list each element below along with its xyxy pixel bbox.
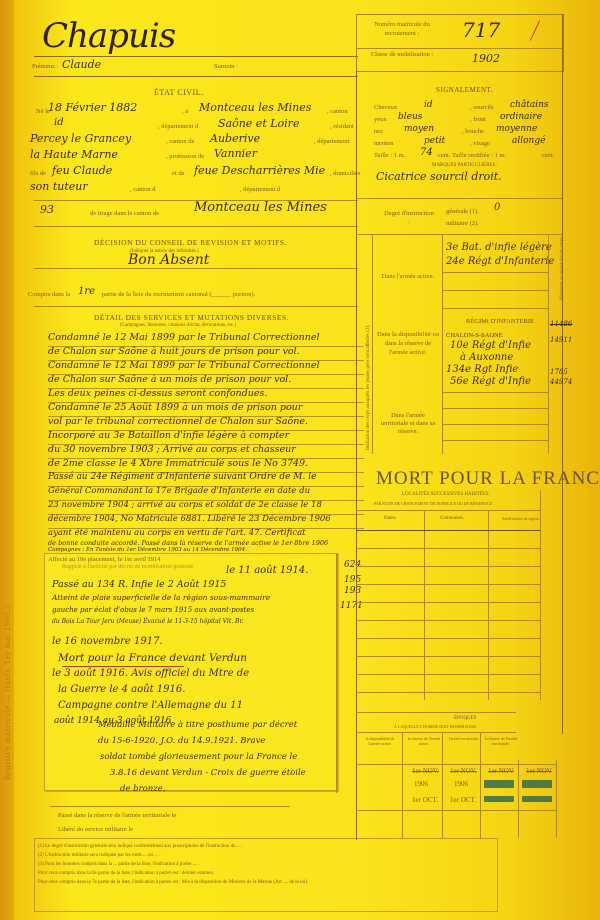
menton-label: menton (374, 140, 394, 147)
affectation-line: Campagne contre l'Allemagne du 11 (58, 700, 243, 711)
spine-label: Registre matricule — (Instr. 1er mai 190… (4, 605, 12, 780)
tirage-canton: Montceau les Mines (194, 200, 327, 215)
classe-value: 1902 (472, 52, 500, 65)
rule (442, 272, 548, 273)
detail-line: vol par le tribunal correctionnel de Cha… (48, 416, 308, 427)
localites-col-communes: Communes. (440, 516, 464, 521)
rule (356, 656, 540, 657)
column-rule (488, 510, 489, 700)
visage-label: , visage (470, 140, 490, 147)
compris-suffix: partie de la liste du recrutement canton… (102, 291, 255, 298)
rule (356, 566, 540, 567)
detail-line: de bonne conduite accordé. Passé dans la… (48, 539, 328, 547)
disponibilite-corps: 134e Rgt Infie (446, 364, 518, 375)
etat-civil-title: ÉTAT CIVIL. (154, 88, 204, 97)
strike-line (356, 530, 540, 531)
epoque-cell: 1er NOV (488, 767, 514, 775)
affectation-line: la Guerre le 4 août 1916. (58, 684, 185, 695)
territoriale-label: Dans l'armée territoriale et dans sa rés… (378, 412, 438, 436)
affectation-line: le 3 août 1916. Avis officiel du Mtre de (52, 668, 249, 679)
detail-line: décembre 1904, No Matricule 6881. Libéré… (48, 514, 331, 524)
detail-line: Condamné le 25 Août 1899 à un mois de pr… (48, 402, 302, 413)
domicilies-value: son tuteur (30, 180, 88, 193)
rule (356, 548, 540, 549)
marques-label: MARQUES PARTICULIÈRES : (432, 163, 498, 168)
yeux-value: bleus (398, 112, 422, 122)
ink-blot (484, 780, 514, 788)
canton2-value: Auberive (210, 132, 260, 145)
detail-line: ayant été maintenu au corps en vertu de … (48, 528, 306, 538)
surnom-label: Surnom : (214, 63, 238, 70)
margin-number: 624 (344, 560, 361, 570)
column-rule (442, 234, 443, 454)
disponibilite-stamp: CHALON-S-SAONE (446, 332, 503, 339)
divider (356, 198, 562, 199)
surname: Chapuis (42, 16, 175, 56)
tirage-number: 93 (40, 203, 54, 216)
register-page: Chapuis Prénoms : Claude Surnom : Numéro… (14, 0, 600, 920)
departement2-label: , département (314, 138, 349, 145)
bouche-label: , bouche (462, 128, 484, 135)
disponibilite-corps: à Auxonne (460, 352, 513, 363)
epoque-cell: 1906 (454, 780, 468, 788)
column-rule (442, 732, 443, 838)
ink-blot (522, 780, 552, 788)
taille-value: 74 (420, 147, 433, 158)
repertoire-number: 44974 (550, 378, 572, 386)
divider (34, 56, 358, 57)
rule (442, 424, 548, 425)
regiment-stamp: RÉGIMt D'INFANTERIE (466, 318, 534, 325)
decision-title: DÉCISION DU CONSEIL DE REVISION ET MOTIF… (94, 238, 287, 247)
rule (356, 584, 540, 585)
a-label: , à (182, 108, 188, 115)
profession-value: Vannier (214, 147, 257, 160)
matricule-value: 717 (462, 18, 500, 42)
localites-col-dates: Dates. (384, 516, 397, 521)
fils-value: feu Claude (52, 164, 112, 177)
divider (34, 268, 358, 269)
detail-line: Les deux peines ci-dessus seront confond… (48, 388, 267, 399)
rule (356, 638, 540, 639)
margin-rule (336, 553, 337, 793)
column-rule (356, 70, 357, 840)
detail-line: de 2me classe le 4 Xbre Immatriculé sous… (48, 458, 308, 469)
epoque-cell: 1er NOV (526, 767, 552, 775)
localites-title: LOCALITÉS SUCCESSIVES HABITÉES (402, 492, 489, 497)
mere-label: et de (172, 170, 184, 177)
yeux-label: yeux (374, 116, 387, 123)
detail-line: Passé au 24e Régiment d'Infanterie suiva… (48, 472, 316, 482)
nez-label: nez (374, 128, 383, 135)
affectation-line: gauche par éclat d'obus le 7 mars 1915 a… (52, 606, 254, 614)
epoque-cell: 1er NOV. (450, 767, 477, 775)
bouche-value: moyenne (496, 124, 537, 134)
localites-subtitle: PAR SUITE DE CHANGEMENT DE DOMICILE OU D… (374, 501, 492, 506)
detail-line: Général Commandant la 17e Brigade d'Infa… (48, 486, 310, 496)
rule (356, 602, 540, 603)
column-rule (556, 760, 557, 838)
epoques-col: la réserve de l'armée active. (406, 736, 442, 746)
prenoms-value: Claude (62, 58, 101, 71)
libere-label: Libéré du service militaire le (58, 826, 133, 833)
detail-line: 23 novembre 1904 ; arrivé au corps et so… (48, 500, 322, 510)
active-corps: 3e Bat. d'infie légère (446, 242, 552, 253)
tirage-label: de tirage dans le canton de (90, 210, 159, 217)
epoque-cell: 1er NOV. (412, 767, 439, 775)
footnote: (1) Le degré d'instruction générale sera… (38, 844, 243, 849)
footnote: Pour ceux compris dans la 6e partie de l… (38, 871, 214, 876)
rule (356, 712, 516, 713)
column-rule (480, 732, 481, 838)
medal-line: Médaille Militaire à titre posthume par … (98, 720, 297, 730)
degre-label: Degré d'instruction : (384, 210, 434, 226)
disponibilite-label: Dans la disponibilité ou dans la réserve… (376, 330, 440, 357)
divider (50, 806, 290, 807)
column-rule (518, 760, 519, 838)
nez-value: moyen (404, 124, 434, 134)
front-label: , front (470, 116, 486, 123)
armee-active-label: Dans l'armée active. (378, 272, 438, 281)
divider (34, 76, 358, 77)
repertoire-number: 1785 (550, 368, 568, 376)
signalement-title: SIGNALEMENT. (436, 86, 493, 94)
affectation-line: le 16 novembre 1917. (52, 636, 163, 647)
divider (356, 234, 562, 235)
epoques-title: ÉPOQUES (454, 716, 477, 721)
epoques-subtitle: À LAQUELLE L'HOMME DOIT PASSER DANS (394, 724, 476, 729)
detail-line: Condamné le 12 Mai 1899 par le Tribunal … (48, 332, 319, 343)
affectation-line: Passé au 134 R. Infie le 2 Août 1915 (52, 579, 226, 590)
ne-le-value: 18 Février 1882 (48, 101, 137, 114)
rule (356, 692, 540, 693)
repertoire-number: 14911 (550, 336, 572, 344)
canton-value: id (54, 117, 64, 128)
generale-label: générale (1). (446, 208, 479, 215)
sourcils-label: , sourcils (470, 104, 493, 111)
repertoire-number: 11486 (550, 320, 572, 328)
taille-cent-label: cent. Taille rectifiée : 1 m. (438, 152, 506, 159)
departement-value: Saône et Loire (218, 117, 299, 130)
rule (356, 764, 556, 765)
a-value: Montceau les Mines (199, 101, 311, 114)
rule (442, 308, 548, 309)
rule (442, 290, 548, 291)
mere-value: feue Descharrières Mie (194, 164, 325, 177)
cheveux-label: Cheveux (374, 104, 397, 111)
passe-reserve-label: Passé dans la réserve de l'armée territo… (58, 812, 176, 819)
detail-subtitle: (Campagnes, blessures, citations d'éclat… (120, 323, 236, 328)
rule (356, 810, 556, 811)
rule (442, 440, 548, 441)
column-rule (540, 490, 541, 700)
epoques-col: l'armée territoriale. (446, 736, 482, 741)
ink-blot (522, 796, 552, 802)
medal-line: soldat tombé glorieusement pour la Franc… (100, 752, 297, 762)
epoque-cell: 1er OCT. (412, 796, 438, 804)
prenoms-label: Prénoms : (32, 63, 58, 70)
detail-line: Condamné le 12 Mai 1899 par le Tribunal … (48, 360, 319, 371)
fils-label: fils de (30, 170, 46, 177)
generale-value: 0 (494, 202, 500, 213)
divider (34, 306, 358, 307)
profession-label: , profession de (166, 153, 204, 160)
residant-label: , résidant (330, 123, 354, 130)
marques-value: Cicatrice sourcil droit. (376, 170, 502, 183)
repertoire-label: Numéros au répertoire du corps. (560, 235, 565, 300)
divider (356, 48, 562, 49)
compris-prefix: Compris dans la (28, 291, 70, 298)
rule (442, 392, 548, 393)
divider (34, 226, 358, 227)
taille-rect-cent: cent. (542, 152, 554, 159)
classe-label: Classe de mobilisation : (366, 50, 438, 59)
departement-label: , département d (158, 123, 198, 130)
detail-line: du 30 novembre 1903 ; Arrivé au corps et… (48, 444, 296, 455)
matricule-label: Numéro matricule du recrutement : (366, 20, 438, 38)
medal-line: de bronze. (120, 784, 165, 794)
taille-label: Taille : 1 m. (374, 152, 405, 159)
footnote: (2) L'instruction militaire sera indiqué… (38, 853, 161, 858)
mort-pour-la-france-line: Mort pour la France devant Verdun (58, 652, 247, 664)
disponibilite-corps: 56e Régt d'Infie (450, 376, 531, 387)
medal-line: 3.8.16 devant Verdun - Croix de guerre é… (110, 768, 306, 778)
cheveux-value: id (424, 100, 433, 110)
departement2-value: la Haute Marne (30, 148, 118, 161)
detail-line: de Chalon sur Saône à huit jours de pris… (48, 346, 300, 357)
medal-line: du 15-6-1920. J.O. du 14.9.1921. Brave (98, 736, 265, 746)
column-rule (402, 732, 403, 838)
rule (356, 510, 540, 511)
epoque-cell: 1er OCT. (450, 796, 476, 804)
decision-value: Bon Absent (128, 252, 209, 268)
active-corps: 24e Régt d'Infanterie (446, 256, 554, 267)
compris-value: 1re (78, 286, 95, 297)
canton-label: , canton (327, 108, 348, 115)
residant-value: Percey le Grancey (30, 132, 131, 145)
mort-pour-la-france-stamp: MORT POUR LA FRANCE (376, 468, 600, 490)
affectation-line: du Bois La Tour Jeru (Meuse) Évacué le 1… (52, 618, 244, 625)
detail-line: Incorporé au 3e Bataillon d'infie légère… (48, 430, 289, 441)
epoques-col: la réserve de l'armée territoriale. (484, 736, 518, 746)
corps-side-label: Indication des corps auxquels les jeunes… (366, 325, 371, 450)
sourcils-value: châtains (510, 100, 548, 110)
menton-value: petit (424, 136, 445, 146)
column-rule (548, 234, 549, 454)
disponibilite-corps: 10e Régt d'Infie (450, 340, 531, 351)
front-value: ordinaire (500, 112, 542, 122)
column-rule (424, 510, 425, 700)
localites-col-subdivisions: Subdivisions de région. (502, 516, 540, 521)
footnote: (3) Pour les hommes compris dans la ... … (38, 862, 199, 867)
ink-blot (484, 796, 514, 802)
detail-title: DÉTAIL DES SERVICES ET MUTATIONS DIVERSE… (94, 313, 289, 322)
departement3-label: , département d (240, 186, 280, 193)
rule (356, 674, 540, 675)
epoques-col: la disponibilité de l'armée active. (360, 736, 400, 746)
affectation-line: Atteint de plaie superficielle de la rég… (52, 593, 270, 602)
canton3-label: , canton d (130, 186, 155, 193)
militaire-label: militaire (2). (446, 220, 479, 227)
detail-line: de Chalon sur Saône à un mois de prison … (48, 374, 291, 385)
affectation-line: Rappelé à l'activité par décret de mobil… (62, 564, 194, 570)
rule (356, 732, 516, 733)
margin-number: 193 (344, 586, 361, 596)
rule (356, 620, 540, 621)
affectation-date: le 11 août 1914. (226, 565, 308, 576)
canton2-label: , canton de (166, 138, 194, 145)
red-underline (62, 666, 184, 667)
footnote: Pour ceux compris dans la 7e partie de l… (38, 880, 308, 885)
epoque-cell: 1906 (414, 780, 428, 788)
rule (442, 408, 548, 409)
column-rule (372, 234, 373, 454)
affectation-line: Affecté au 10e placement, le 1er avril 1… (48, 556, 161, 563)
visage-value: allongé (512, 136, 545, 146)
